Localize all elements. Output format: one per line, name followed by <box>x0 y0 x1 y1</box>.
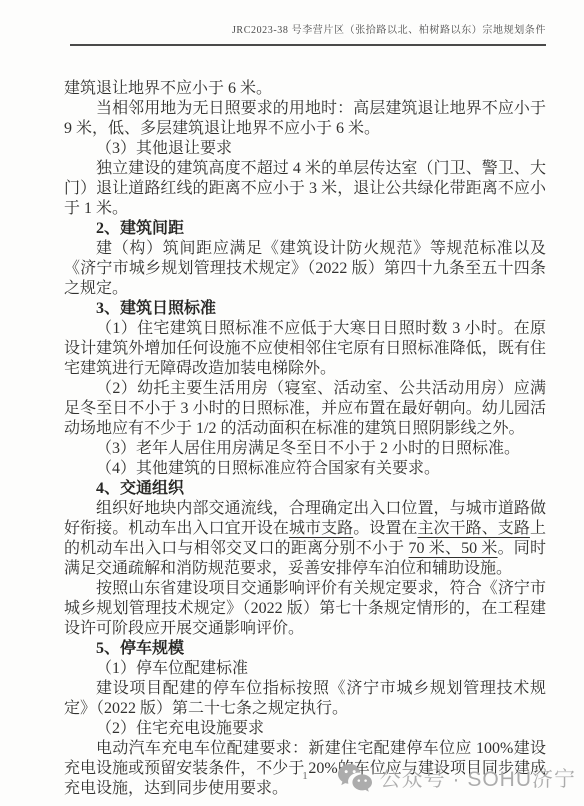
document-page: JRC2023-38 号李营片区（张拾路以北、柏树路以东）宗地规划条件 建筑退让… <box>0 0 584 806</box>
text-run: （2）住宅充电设施要求 <box>96 720 264 737</box>
underlined-text: 主次干路、支路 <box>417 520 529 537</box>
paragraph: 建设项目配建的停车位指标按照《济宁市城乡规划管理技术规定》（2022 版）第二十… <box>64 679 546 719</box>
paragraph: （4）其他建筑的日照标准应符合国家有关要求。 <box>64 459 546 479</box>
text-run: （3）老年人居住用房满足冬至日不小于 2 小时的日照标准。 <box>96 440 520 457</box>
paragraph: 组织好地块内部交通流线，合理确定出入口位置，与城市道路做好衔接。机动车出入口宜开… <box>64 499 546 579</box>
text-run: 5、停车规模 <box>96 640 184 657</box>
paragraph: （2）住宅充电设施要求 <box>64 719 546 739</box>
paragraph: 按照山东省建设项目交通影响评价有关规定要求，符合《济宁市城乡规划管理技术规定》（… <box>64 579 546 639</box>
paragraph: 建筑退让地界不应小于 6 米。 <box>64 79 546 99</box>
underlined-text: 城市支路 <box>289 520 353 537</box>
text-run: 2、建筑间距 <box>96 220 184 237</box>
text-run: 独立建设的建筑高度不超过 4 米的单层传达室（门卫、警卫、大门）退让道路红线的距… <box>64 160 546 217</box>
document-body: 建筑退让地界不应小于 6 米。当相邻用地为无日照要求的用地时：高层建筑退让地界不… <box>64 79 546 799</box>
text-run: （1）住宅建筑日照标准不应低于大寒日日照时数 3 小时。在原设计建筑外增加任何设… <box>64 320 546 377</box>
text-run: （2）幼托主要生活用房（寝室、活动室、公共活动用房）应满足冬至日不小于 3 小时… <box>64 380 546 437</box>
text-run: 建（构）筑间距应满足《建筑设计防火规范》等规范标准以及《济宁市城乡规划管理技术规… <box>64 240 546 297</box>
section-heading: 3、建筑日照标准 <box>64 299 546 319</box>
text-run: （3）其他退让要求 <box>96 140 232 157</box>
text-run: 。设置在 <box>353 520 417 537</box>
text-run: （1）停车位配建标准 <box>96 660 248 677</box>
header-title: JRC2023-38 号李营片区（张拾路以北、柏树路以东）宗地规划条件 <box>232 21 546 36</box>
watermark-text: 公众号 · SOHU济宁 <box>380 763 576 793</box>
section-heading: 4、交通组织 <box>64 479 546 499</box>
text-run: 4、交通组织 <box>96 480 184 497</box>
paragraph: 建（构）筑间距应满足《建筑设计防火规范》等规范标准以及《济宁市城乡规划管理技术规… <box>64 239 546 299</box>
paragraph: （1）住宅建筑日照标准不应低于大寒日日照时数 3 小时。在原设计建筑外增加任何设… <box>64 319 546 379</box>
text-run: （4）其他建筑的日照标准应符合国家有关要求。 <box>96 460 440 477</box>
paragraph: （3）老年人居住用房满足冬至日不小于 2 小时的日照标准。 <box>64 439 546 459</box>
section-heading: 5、停车规模 <box>64 639 546 659</box>
paragraph: 独立建设的建筑高度不超过 4 米的单层传达室（门卫、警卫、大门）退让道路红线的距… <box>64 159 546 219</box>
paragraph: （1）停车位配建标准 <box>64 659 546 679</box>
sohu-watermark: 公众号 · SOHU济宁 <box>337 763 576 793</box>
section-heading: 2、建筑间距 <box>64 219 546 239</box>
paragraph: （3）其他退让要求 <box>64 139 546 159</box>
header-rule <box>70 44 546 46</box>
text-run: 3、建筑日照标准 <box>96 300 216 317</box>
paragraph: 当相邻用地为无日照要求的用地时：高层建筑退让地界不应小于 9 米，低、多层建筑退… <box>64 99 546 139</box>
text-run: 当相邻用地为无日照要求的用地时：高层建筑退让地界不应小于 9 米，低、多层建筑退… <box>64 100 546 137</box>
underlined-text: 70 米、50 米 <box>409 540 498 557</box>
wechat-icon <box>337 763 373 793</box>
text-run: 建筑退让地界不应小于 6 米。 <box>64 80 272 97</box>
text-run: 建设项目配建的停车位指标按照《济宁市城乡规划管理技术规定》（2022 版）第二十… <box>64 680 546 717</box>
text-run: 按照山东省建设项目交通影响评价有关规定要求，符合《济宁市城乡规划管理技术规定》（… <box>64 580 546 637</box>
paragraph: （2）幼托主要生活用房（寝室、活动室、公共活动用房）应满足冬至日不小于 3 小时… <box>64 379 546 439</box>
